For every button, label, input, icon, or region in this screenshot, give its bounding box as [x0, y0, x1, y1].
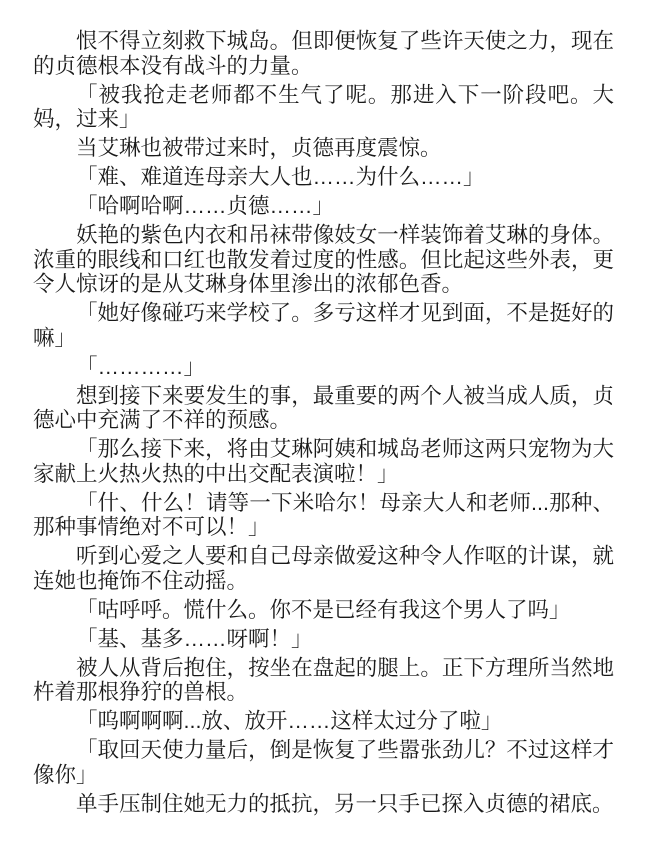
paragraph: 「她好像碰巧来学校了。多亏这样才见到面，不是挺好的嘛」	[33, 301, 614, 350]
paragraph: 「难、难道连母亲大人也……为什么……」	[33, 165, 614, 190]
paragraph: 当艾琳也被带过来时，贞德再度震惊。	[33, 136, 614, 161]
paragraph: 「什、什么！请等一下米哈尔！母亲大人和老师...那种、那种事情绝对不可以！」	[33, 491, 614, 540]
paragraph: 「被我抢走老师都不生气了呢。那进入下一阶段吧。大妈，过来」	[33, 83, 614, 132]
paragraph: 恨不得立刻救下城岛。但即便恢复了些许天使之力，现在的贞德根本没有战斗的力量。	[33, 29, 614, 78]
paragraph: 妖艳的紫色内衣和吊袜带像妓女一样装饰着艾琳的身体。浓重的眼线和口红也散发着过度的…	[33, 223, 614, 297]
paragraph: 想到接下来要发生的事，最重要的两个人被当成人质，贞德心中充满了不祥的预感。	[33, 384, 614, 433]
paragraph: 被人从背后抱住，按坐在盘起的腿上。正下方理所当然地杵着那根狰狞的兽根。	[33, 656, 614, 705]
paragraph: 「那么接下来，将由艾琳阿姨和城岛老师这两只宠物为大家献上火热火热的中出交配表演啦…	[33, 437, 614, 486]
paragraph: 「…………」	[33, 355, 614, 380]
paragraph: 「哈啊哈啊……贞德……」	[33, 194, 614, 219]
paragraph: 「取回天使力量后，倒是恢复了些嚣张劲儿？不过这样才像你」	[33, 738, 614, 787]
paragraph: 单手压制住她无力的抵抗，另一只手已探入贞德的裙底。	[33, 792, 614, 817]
paragraph: 「咕呼呼。慌什么。你不是已经有我这个男人了吗」	[33, 598, 614, 623]
paragraph: 听到心爱之人要和自己母亲做爱这种令人作呕的计谋，就连她也掩饰不住动摇。	[33, 544, 614, 593]
paragraph: 「基、基多……呀啊！」	[33, 627, 614, 652]
paragraph: 「呜啊啊啊...放、放开……这样太过分了啦」	[33, 709, 614, 734]
novel-text-page: 恨不得立刻救下城岛。但即便恢复了些许天使之力，现在的贞德根本没有战斗的力量。 「…	[0, 0, 650, 850]
